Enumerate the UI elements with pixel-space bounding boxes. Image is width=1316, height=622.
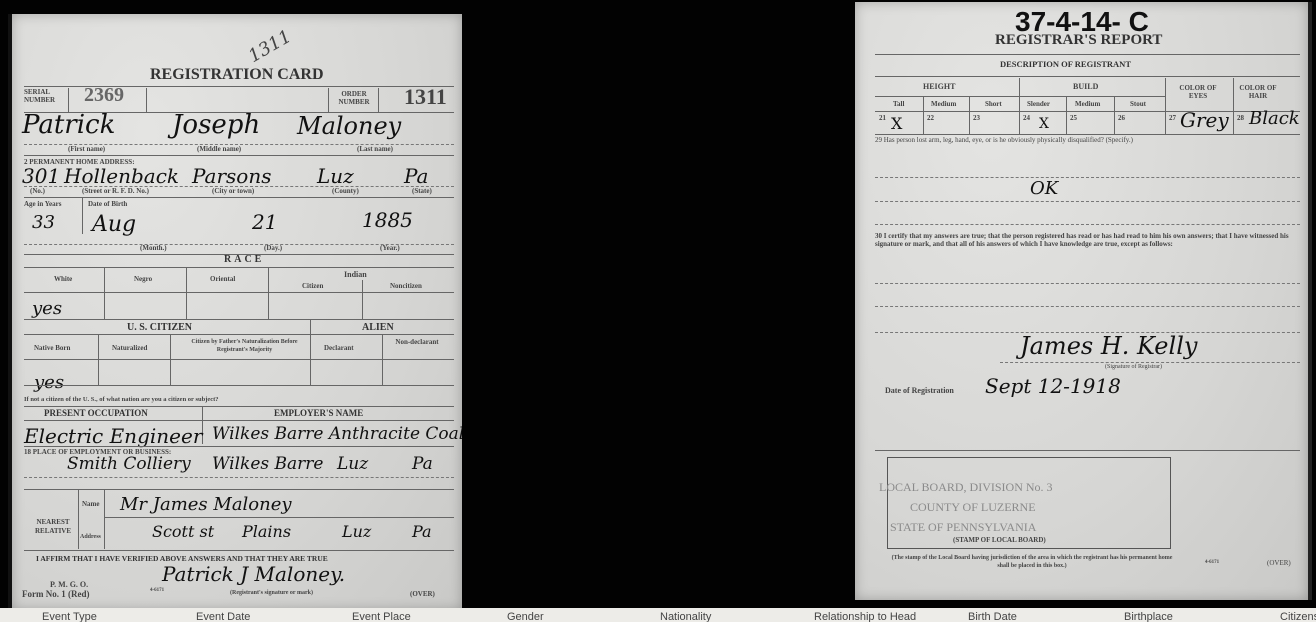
- column-nationality[interactable]: Nationality: [660, 610, 711, 622]
- record-fields-header: Event Type Event Date Event Place Gender…: [0, 608, 1316, 622]
- hair-value: Black: [1249, 108, 1300, 129]
- relative-address-label: Address: [80, 534, 101, 540]
- dob-month-label: (Month.): [140, 244, 167, 252]
- date-of-registration-value: Sept 12-1918: [985, 374, 1121, 398]
- alien-heading: ALIEN: [362, 322, 394, 333]
- column-event-date[interactable]: Event Date: [196, 610, 250, 622]
- field-25: 25: [1070, 114, 1077, 122]
- field-23: 23: [973, 114, 980, 122]
- occupation-heading: PRESENT OCCUPATION: [44, 408, 148, 418]
- front-print-code: 4-6171: [150, 588, 164, 593]
- height-heading: HEIGHT: [923, 82, 955, 91]
- dob-year: 1885: [362, 208, 413, 232]
- occupation-value: Electric Engineer: [24, 424, 202, 448]
- annotation-number: 1311: [245, 26, 295, 67]
- serial-value: 2369: [84, 84, 124, 107]
- nondeclarant-label: Non-declarant: [392, 338, 442, 347]
- dob-day: 21: [252, 210, 277, 234]
- height-short-label: Short: [985, 100, 1002, 108]
- registrant-signature: Patrick J Maloney.: [162, 562, 345, 586]
- native-born-label: Native Born: [34, 344, 70, 352]
- relative-county: Luz: [342, 522, 371, 541]
- build-medium-label: Medium: [1075, 100, 1100, 108]
- stamp-label: (STAMP OF LOCAL BOARD): [953, 536, 1046, 544]
- stamp-line-1: LOCAL BOARD, DIVISION No. 3: [879, 480, 1053, 495]
- height-tall-label: Tall: [893, 100, 904, 108]
- address-city: Parsons: [192, 164, 272, 188]
- nearest-relative-label: NEAREST RELATIVE: [28, 518, 78, 536]
- relative-name-label: Name: [82, 500, 100, 508]
- registration-card-front: 1311 REGISTRATION CARD SERIAL NUMBER 236…: [8, 14, 462, 610]
- address-city-label: (City or town): [212, 187, 254, 195]
- tall-mark: X: [891, 114, 902, 133]
- form-line-1: P. M. G. O.: [50, 580, 88, 589]
- relative-name: Mr James Maloney: [120, 494, 292, 515]
- address-county: Luz: [317, 164, 354, 188]
- column-birth-date[interactable]: Birth Date: [968, 610, 1017, 622]
- field-24: 24: [1023, 114, 1030, 122]
- address-state: Pa: [404, 164, 428, 188]
- fathers-naturalization-label: Citizen by Father's Naturalization Befor…: [182, 338, 307, 354]
- q15-label: If not a citizen of the U. S., of what n…: [24, 396, 219, 403]
- column-birthplace[interactable]: Birthplace: [1124, 610, 1173, 622]
- stamp-line-2: COUNTY OF LUZERNE: [910, 500, 1036, 515]
- native-born-value: yes: [34, 372, 64, 393]
- q29-answer: OK: [1030, 178, 1058, 199]
- place-city: Wilkes Barre: [212, 454, 323, 474]
- race-white-value: yes: [32, 298, 62, 319]
- serial-label: SERIAL NUMBER: [24, 88, 64, 104]
- dob-year-label: (Year.): [380, 244, 400, 252]
- race-noncitizen-label: Noncitizen: [390, 282, 422, 290]
- slender-mark: X: [1039, 116, 1049, 132]
- card-title: REGISTRATION CARD: [150, 66, 324, 84]
- hair-heading: COLOR OF HAIR: [1233, 84, 1283, 100]
- dob-month: Aug: [92, 212, 136, 237]
- column-event-place[interactable]: Event Place: [352, 610, 411, 622]
- column-citizenship[interactable]: Citizenship: [1280, 610, 1316, 622]
- field-22: 22: [927, 114, 934, 122]
- address-street-label: (Street or R. F. D. No.): [82, 187, 149, 195]
- us-citizen-heading: U. S. CITIZEN: [127, 322, 192, 333]
- field-27: 27: [1169, 114, 1176, 122]
- q29-text: 29 Has person lost arm, leg, hand, eye, …: [875, 136, 1305, 145]
- age-value: 33: [32, 212, 55, 233]
- naturalized-label: Naturalized: [112, 344, 147, 352]
- place-county: Luz: [337, 454, 368, 474]
- q30-text: 30 I certify that my answers are true; t…: [875, 232, 1305, 248]
- dob-day-label: (Day.): [264, 244, 282, 252]
- height-medium-label: Medium: [931, 100, 956, 108]
- registrar-signature: James H. Kelly: [1020, 332, 1197, 360]
- address-no-label: (No.): [30, 187, 45, 195]
- race-oriental-label: Oriental: [210, 275, 235, 283]
- registration-card-back: 37-4-14- C REGISTRAR'S REPORT DESCRIPTIO…: [855, 2, 1312, 600]
- address-street: Hollenback: [64, 164, 179, 188]
- column-relationship-to-head[interactable]: Relationship to Head: [814, 610, 916, 622]
- stamp-line-3: STATE OF PENNSYLVANIA: [890, 520, 1036, 535]
- dob-label: Date of Birth: [88, 200, 127, 208]
- relative-street: Scott st: [152, 522, 214, 541]
- address-state-label: (State): [412, 187, 432, 195]
- form-line-2: Form No. 1 (Red): [22, 589, 89, 599]
- build-slender-label: Slender: [1027, 100, 1050, 108]
- eyes-heading: COLOR OF EYES: [1173, 84, 1223, 100]
- first-name-label: (First name): [68, 145, 105, 153]
- signature-label: (Registrant's signature or mark): [230, 590, 313, 596]
- place-street: Smith Colliery: [67, 454, 191, 474]
- address-no: 301: [22, 164, 60, 188]
- last-name: Maloney: [297, 112, 401, 140]
- image-viewer[interactable]: 1311 REGISTRATION CARD SERIAL NUMBER 236…: [0, 0, 1316, 608]
- middle-name-label: (Middle name): [197, 145, 241, 153]
- stamp-note: (The stamp of the Local Board having jur…: [887, 554, 1177, 570]
- build-stout-label: Stout: [1130, 100, 1146, 108]
- place-state: Pa: [412, 454, 433, 474]
- description-heading: DESCRIPTION OF REGISTRANT: [1000, 59, 1131, 69]
- relative-state: Pa: [412, 522, 432, 541]
- race-negro-label: Negro: [134, 275, 152, 283]
- field-28: 28: [1237, 114, 1244, 122]
- order-value: 1311: [404, 84, 447, 110]
- registrars-report-title: REGISTRAR'S REPORT: [995, 32, 1162, 49]
- registrar-signature-label: (Signature of Registrar): [1105, 364, 1162, 370]
- address-county-label: (County): [332, 187, 359, 195]
- build-heading: BUILD: [1073, 82, 1098, 91]
- race-heading: RACE: [224, 254, 264, 265]
- declarant-label: Declarant: [324, 344, 354, 352]
- order-label: ORDER NUMBER: [334, 90, 374, 106]
- middle-name: Joseph: [172, 110, 260, 140]
- column-gender[interactable]: Gender: [507, 610, 544, 622]
- last-name-label: (Last name): [357, 145, 393, 153]
- relative-city: Plains: [242, 522, 291, 541]
- field-26: 26: [1118, 114, 1125, 122]
- date-of-registration-label: Date of Registration: [885, 386, 954, 395]
- column-event-type[interactable]: Event Type: [42, 610, 97, 622]
- race-indian-label: Indian: [344, 270, 367, 279]
- field-21: 21: [879, 114, 886, 122]
- age-label: Age in Years: [24, 200, 61, 208]
- back-print-code: 4-6171: [1205, 560, 1219, 565]
- eyes-value: Grey: [1180, 108, 1229, 132]
- race-white-label: White: [54, 275, 72, 283]
- back-over-label: (OVER): [1267, 559, 1291, 567]
- first-name: Patrick: [22, 110, 115, 140]
- front-over-label: (OVER): [410, 590, 435, 598]
- employer-value: Wilkes Barre Anthracite Coal Co: [212, 424, 462, 444]
- employer-heading: EMPLOYER'S NAME: [274, 408, 363, 418]
- race-citizen-label: Citizen: [302, 282, 323, 290]
